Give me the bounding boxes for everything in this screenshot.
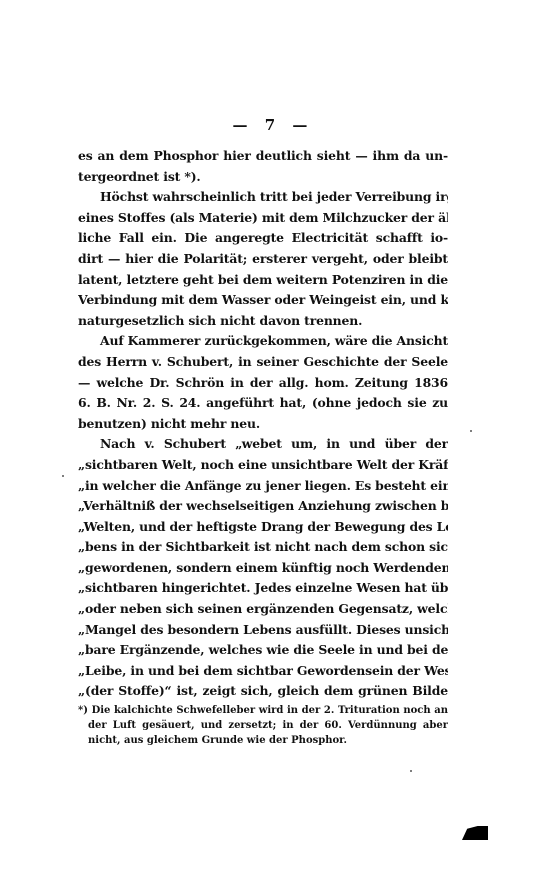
body-text: es an dem Phosphor hier deutlich sieht —… bbox=[78, 146, 448, 702]
scanned-page: — 7 — es an dem Phosphor hier deutlich s… bbox=[0, 0, 538, 892]
text-line: — welche Dr. Schrön in der allg. hom. Ze… bbox=[78, 373, 448, 394]
text-line: „Mangel des besondern Lebens ausfüllt. D… bbox=[78, 620, 448, 641]
text-line: „Leibe, in und bei dem sichtbar Geworden… bbox=[78, 661, 448, 682]
footnote-line: nicht, aus gleichem Grunde wie der Phosp… bbox=[88, 733, 448, 748]
scan-speck bbox=[470, 430, 472, 432]
text-line: naturgesetzlich sich nicht davon trennen… bbox=[78, 311, 448, 332]
text-line: Höchst wahrscheinlich tritt bei jeder Ve… bbox=[78, 187, 448, 208]
text-line: „sichtbaren hingerichtet. Jedes einzelne… bbox=[78, 578, 448, 599]
text-line: Auf Kammerer zurückgekommen, wäre die An… bbox=[78, 331, 448, 352]
text-line: eines Stoffes (als Materie) mit dem Milc… bbox=[78, 208, 448, 229]
text-line: „sichtbaren Welt, noch eine unsichtbare … bbox=[78, 455, 448, 476]
text-line: dirt — hier die Polarität; ersterer verg… bbox=[78, 249, 448, 270]
text-line: benutzen) nicht mehr neu. bbox=[78, 414, 448, 435]
text-line: „in welcher die Anfänge zu jener liegen.… bbox=[78, 476, 448, 497]
text-line: 6. B. Nr. 2. S. 24. angeführt hat, (ohne… bbox=[78, 393, 448, 414]
text-line: „Welten, und der heftigste Drang der Bew… bbox=[78, 517, 448, 538]
text-line: „bare Ergänzende, welches wie die Seele … bbox=[78, 640, 448, 661]
page-number: — 7 — bbox=[4, 116, 538, 134]
text-line: „Verhältniß der wechselseitigen Anziehun… bbox=[78, 496, 448, 517]
text-line: „bens in der Sichtbarkeit ist nicht nach… bbox=[78, 537, 448, 558]
footnotes: *) Die kalchichte Schwefelleber wird in … bbox=[88, 703, 448, 748]
text-line: Verbindung mit dem Wasser oder Weingeist… bbox=[78, 290, 448, 311]
text-line: „(der Stoffe)“ ist, zeigt sich, gleich d… bbox=[78, 681, 448, 702]
text-line: es an dem Phosphor hier deutlich sieht —… bbox=[78, 146, 448, 167]
scan-speck bbox=[410, 770, 412, 772]
text-line: des Herrn v. Schubert, in seiner Geschic… bbox=[78, 352, 448, 373]
text-line: liche Fall ein. Die angeregte Electricit… bbox=[78, 228, 448, 249]
scan-speck bbox=[62, 475, 64, 477]
text-line: latent, letztere geht bei dem weitern Po… bbox=[78, 270, 448, 291]
scan-artifact-mark bbox=[462, 826, 488, 840]
footnote-line: *) Die kalchichte Schwefelleber wird in … bbox=[78, 703, 448, 718]
text-line: tergeordnet ist *). bbox=[78, 167, 448, 188]
text-line: Nach v. Schubert „webet um, in und über … bbox=[78, 434, 448, 455]
footnote-line: der Luft gesäuert, und zersetzt; in der … bbox=[88, 718, 448, 733]
text-line: „oder neben sich seinen ergänzenden Gege… bbox=[78, 599, 448, 620]
text-line: „gewordenen, sondern einem künftig noch … bbox=[78, 558, 448, 579]
